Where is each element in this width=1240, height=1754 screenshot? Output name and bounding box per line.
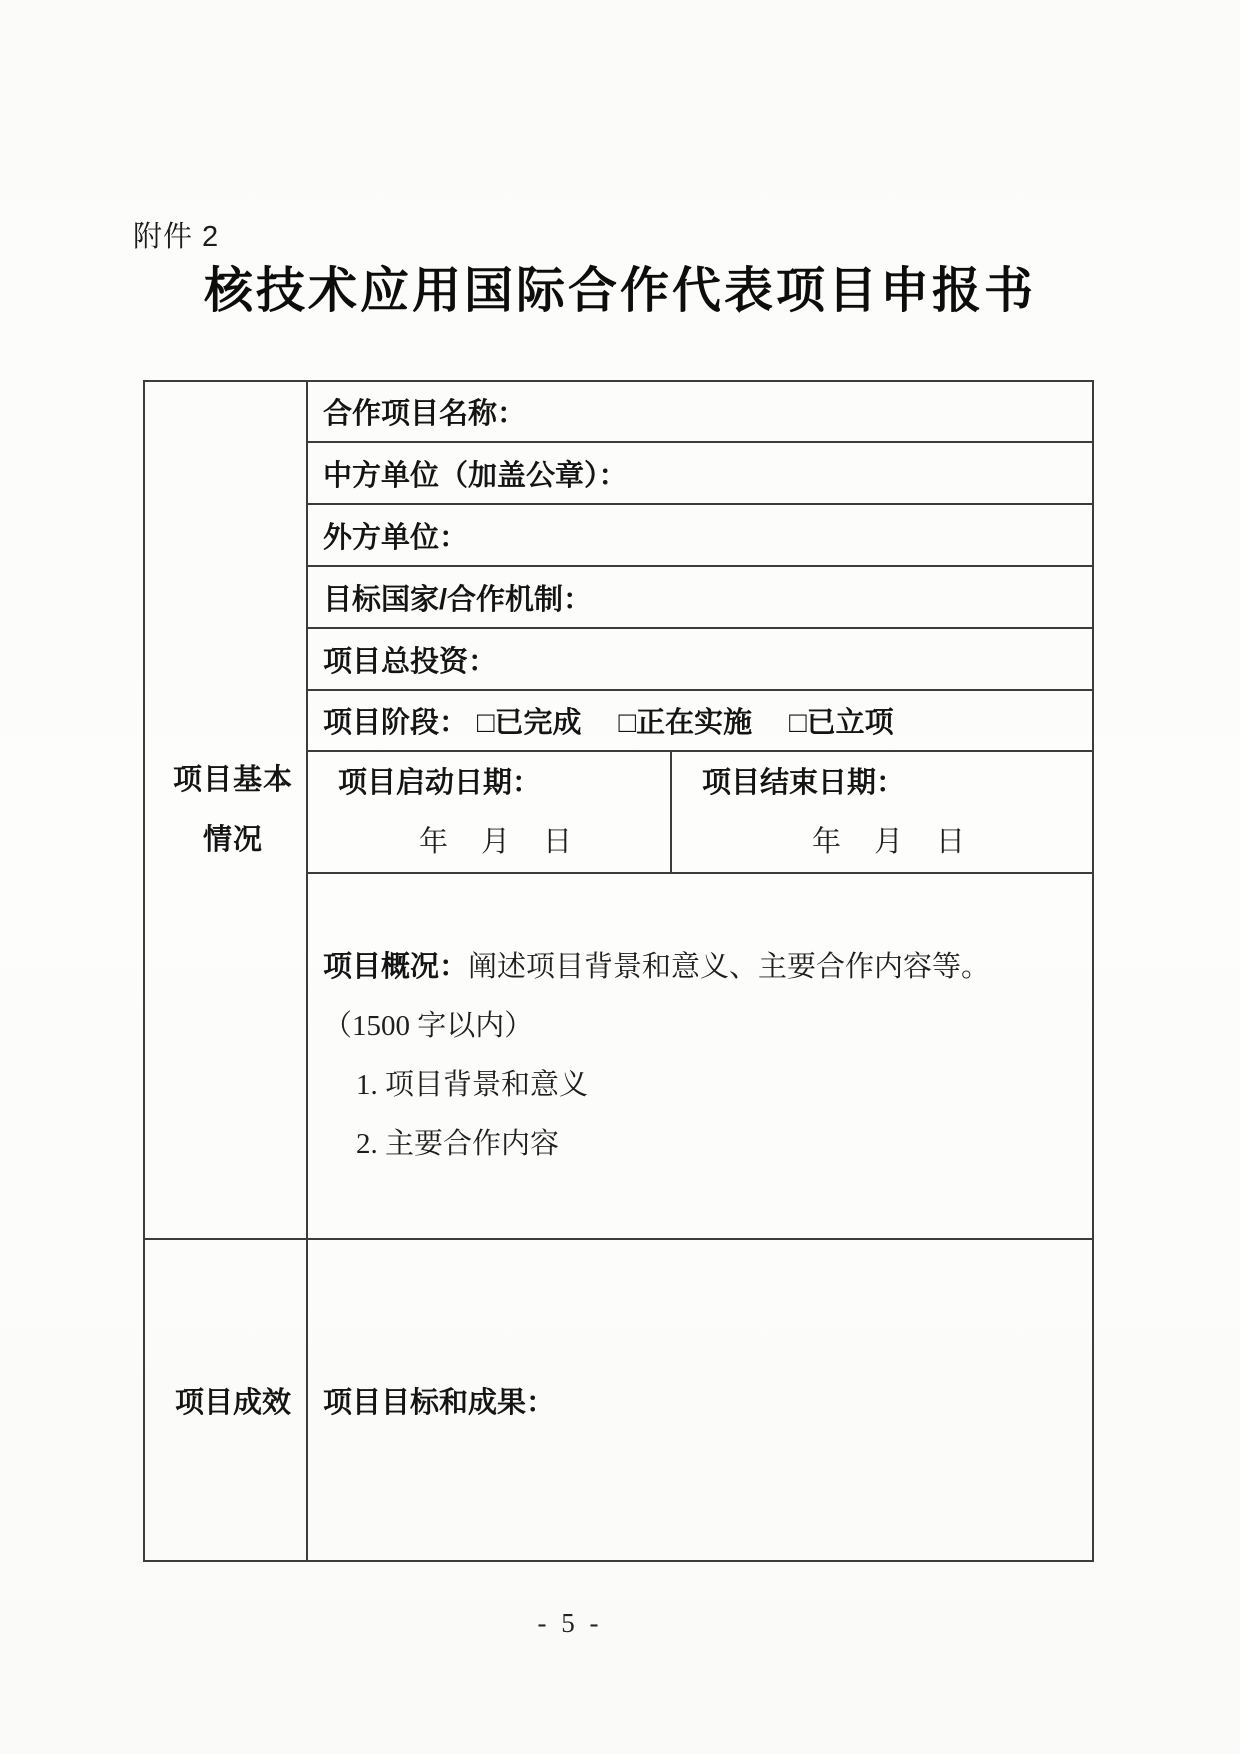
field-goals-and-results: 项目目标和成果： [307,1239,1093,1561]
section-header-outcome: 项目成效 [144,1239,307,1561]
overview-item-1: 1. 项目背景和意义 [323,1056,1092,1115]
end-date-placeholder: 年 月 日 [687,813,1092,871]
overview-first-line: 项目概况：阐述项目背景和意义、主要合作内容等。 [323,938,1092,997]
section-header-basic-info-label: 项目基本情况 [172,750,294,870]
field-project-stage: 项目阶段：□已完成□正在实施□已立项 [307,690,1093,751]
overview-item-2: 2. 主要合作内容 [323,1115,1092,1174]
field-end-date: 项目结束日期： 年 月 日 [671,751,1093,873]
attachment-label: 附件 2 [133,214,219,255]
overview-label: 项目概况： [323,951,468,983]
checkbox-option-approved: □已立项 [789,700,894,741]
project-stage-label: 项目阶段： [323,707,468,739]
field-total-investment: 项目总投资： [307,628,1093,690]
section-header-basic-info: 项目基本情况 [144,381,307,1239]
application-form-table: 项目基本情况 合作项目名称： 中方单位（加盖公章）： 外方单位： 目标国家/合作… [143,380,1094,1562]
scanned-page: 附件 2 核技术应用国际合作代表项目申报书 项目基本情况 合作项目名称： 中方单… [0,0,1240,1754]
start-date-placeholder: 年 月 日 [323,813,670,871]
field-start-date: 项目启动日期： 年 月 日 [307,751,671,873]
end-date-label: 项目结束日期： [687,753,1092,813]
row-project-name: 项目基本情况 合作项目名称： [144,381,1093,442]
overview-word-limit: （1500 字以内） [323,997,1092,1056]
page-number: - 5 - [0,1608,1140,1639]
field-target-country: 目标国家/合作机制： [307,566,1093,628]
overview-hint: 阐述项目背景和意义、主要合作内容等。 [468,951,990,983]
field-chinese-unit: 中方单位（加盖公章）： [307,442,1093,504]
section-header-outcome-label: 项目成效 [175,1387,291,1419]
page-title: 核技术应用国际合作代表项目申报书 [0,252,1240,322]
checkbox-option-completed: □已完成 [477,700,582,741]
field-foreign-unit: 外方单位： [307,504,1093,566]
checkbox-option-in-progress: □正在实施 [619,700,753,741]
row-project-outcome: 项目成效 项目目标和成果： [144,1239,1093,1561]
field-project-overview: 项目概况：阐述项目背景和意义、主要合作内容等。 （1500 字以内） 1. 项目… [307,873,1093,1239]
start-date-label: 项目启动日期： [323,753,670,813]
field-project-name: 合作项目名称： [307,381,1093,442]
